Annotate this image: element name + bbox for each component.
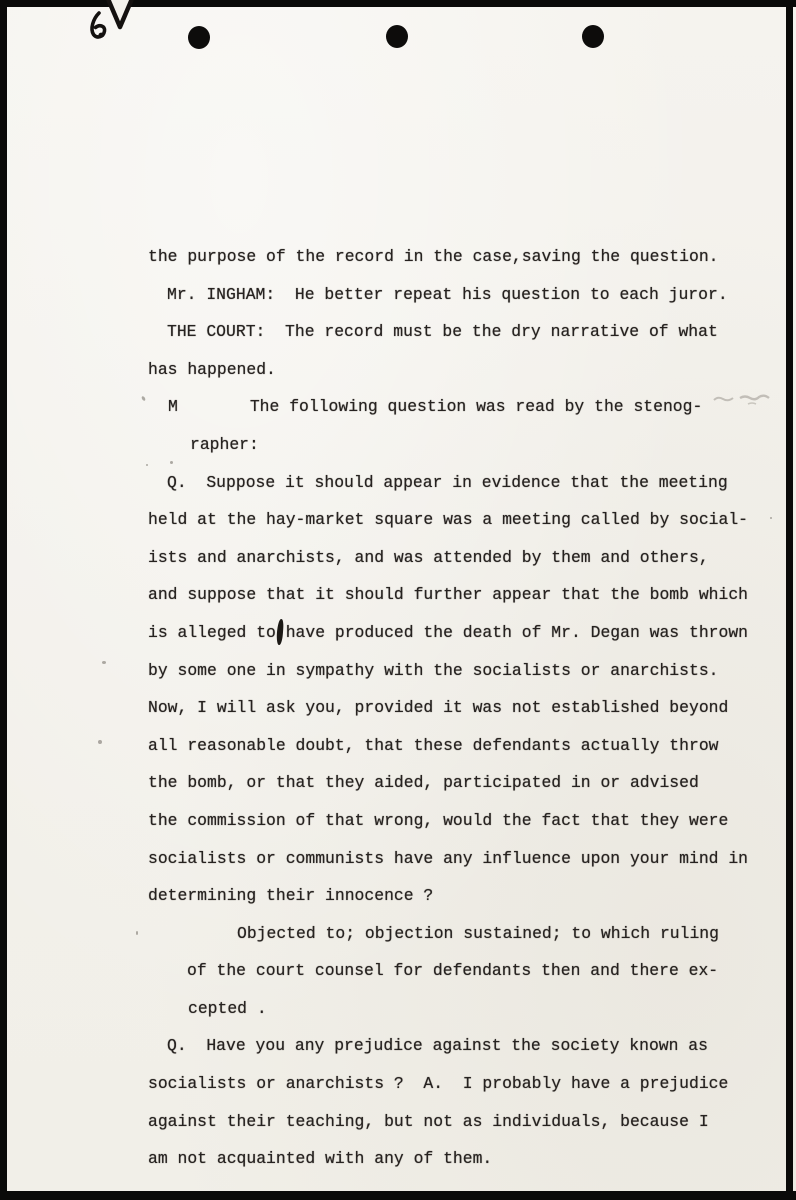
- transcript-line: and suppose that it should further appea…: [148, 576, 773, 614]
- transcript-line: determining their innocence ?: [148, 877, 773, 915]
- transcript-line: of the court counsel for defendants then…: [148, 952, 773, 990]
- scanned-transcript-page: the purpose of the record in the case,sa…: [0, 0, 796, 1200]
- scan-edge-bottom: [0, 1191, 796, 1200]
- transcript-line: MThe following question was read by the …: [148, 388, 773, 426]
- transcript-line: cepted .: [148, 990, 773, 1028]
- transcript-line: against their teaching, but not as indiv…: [148, 1103, 773, 1141]
- transcript-line: ists and anarchists, and was attended by…: [148, 539, 773, 577]
- paper-speck: [98, 740, 102, 744]
- transcript-line: the commission of that wrong, would the …: [148, 802, 773, 840]
- transcript-line: the bomb, or that they aided, participat…: [148, 764, 773, 802]
- transcript-line: socialists or anarchists ? A. I probably…: [148, 1065, 773, 1103]
- transcript-line: am not acquainted with any of them.: [148, 1140, 773, 1178]
- transcript-line: Now, I will ask you, provided it was not…: [148, 689, 773, 727]
- scan-edge-left: [0, 0, 7, 1196]
- binder-hole-icon: [386, 25, 408, 48]
- transcript-line: Q. Have you any prejudice against the so…: [148, 1027, 773, 1065]
- transcript-line: all reasonable doubt, that these defenda…: [148, 727, 773, 765]
- transcript-line: the purpose of the record in the case,sa…: [148, 238, 773, 276]
- paper-speck: [136, 931, 138, 935]
- binder-hole-icon: [582, 25, 604, 48]
- transcript-line: rapher:: [148, 426, 773, 464]
- transcript-line: has happened.: [148, 351, 773, 389]
- transcript-text-block: the purpose of the record in the case,sa…: [148, 238, 773, 1178]
- transcript-line: held at the hay-market square was a meet…: [148, 501, 773, 539]
- transcript-line: is alleged to have produced the death of…: [148, 614, 773, 652]
- transcript-line: by some one in sympathy with the sociali…: [148, 652, 773, 690]
- transcript-line: Objected to; objection sustained; to whi…: [148, 915, 773, 953]
- paper-speck: [102, 661, 106, 664]
- margin-note: M: [168, 397, 178, 416]
- binder-hole-icon: [188, 26, 210, 49]
- handwritten-mark-icon: [80, 0, 140, 45]
- transcript-line: Q. Suppose it should appear in evidence …: [148, 464, 773, 502]
- paper-speck: [141, 396, 146, 402]
- transcript-line: socialists or communists have any influe…: [148, 840, 773, 878]
- transcript-line: THE COURT: The record must be the dry na…: [148, 313, 773, 351]
- transcript-line: Mr. INGHAM: He better repeat his questio…: [148, 276, 773, 314]
- scan-edge-right: [786, 0, 793, 1196]
